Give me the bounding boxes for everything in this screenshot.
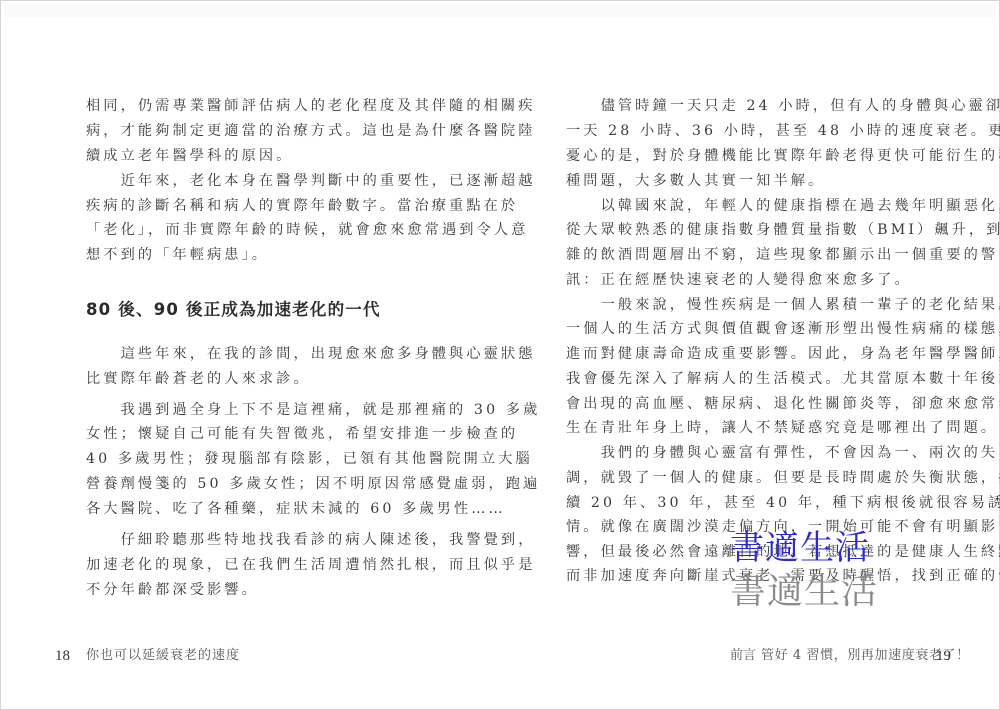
watermark-blue: 書適生活 xyxy=(730,528,870,568)
page-number-right: 19 xyxy=(936,648,951,664)
body-line: 一般來說，慢性疾病是一個人累積一輩子的老化結果。 xyxy=(566,296,1000,314)
page-number-left: 18 xyxy=(55,648,70,664)
watermark-gray: 書適生活 xyxy=(730,572,878,612)
left-page: 相同，仍需專業醫師評估病人的老化程度及其伴隨的相關疾 病，才能夠制定更適當的治療… xyxy=(0,0,500,710)
body-line: 種問題，大多數人其實一知半解。 xyxy=(566,172,825,190)
body-line: 一個人的生活方式與價值觀會逐漸形塑出慢性病痛的樣態， xyxy=(566,320,1000,338)
body-line: 雜的飲酒問題層出不窮，這些現象都顯示出一個重要的警 xyxy=(566,246,998,264)
body-line: 我們的身體與心靈富有彈性，不會因為一、兩次的失 xyxy=(566,444,998,462)
body-line: 生在青壯年身上時，讓人不禁疑惑究竟是哪裡出了問題。 xyxy=(566,419,998,437)
body-line: 加速老化的現象，已在我們生活周遭悄然扎根，而且似乎是 xyxy=(86,556,535,574)
body-line: 相同，仍需專業醫師評估病人的老化程度及其伴隨的相關疾 xyxy=(86,97,535,115)
body-line: 各大醫院、吃了各種藥，症狀未減的 60 多歲男性…… xyxy=(86,500,506,518)
section-heading: 80 後、90 後正成為加速老化的一代 xyxy=(86,300,381,320)
body-line: 40 多歲男性；發現腦部有陰影，已領有其他醫院開立大腦 xyxy=(86,450,533,468)
body-line: 續 20 年、30 年，甚至 40 年，種下病根後就很容易誘發病 xyxy=(566,494,1000,512)
body-line: 我遇到過全身上下不是這裡痛，就是那裡痛的 30 多歲 xyxy=(86,401,540,419)
body-line: 這些年來，在我的診間，出現愈來愈多身體與心靈狀態 xyxy=(86,345,535,363)
body-line: 病，才能夠制定更適當的治療方式。這也是為什麼各醫院陸 xyxy=(86,122,535,140)
body-line: 儘管時鐘一天只走 24 小時，但有人的身體與心靈卻以 xyxy=(566,97,1000,115)
running-footer-chapter: 前言 xyxy=(730,648,756,664)
body-line: 「老化」，而非實際年齡的時候，就會愈來愈常遇到令人意 xyxy=(86,221,528,239)
body-line: 進而對健康壽命造成重要影響。因此，身為老年醫學醫師， xyxy=(566,345,1000,363)
body-line: 訊：正在經歷快速衰老的人變得愈來愈多了。 xyxy=(566,271,912,289)
body-line: 會出現的高血壓、糖尿病、退化性關節炎等，卻愈來愈常發 xyxy=(566,395,1000,413)
body-line: 以韓國來說，年輕人的健康指標在過去幾年明顯惡化， xyxy=(566,197,1000,215)
body-line: 一天 28 小時、36 小時，甚至 48 小時的速度衰老。更令人 xyxy=(566,122,1000,140)
body-line: 營養劑慢箋的 50 多歲女性；因不明原因常感覺虛弱，跑遍 xyxy=(86,475,540,493)
body-line: 調，就毀了一個人的健康。但要是長時間處於失衡狀態，持 xyxy=(566,469,1000,487)
body-line: 續成立老年醫學科的原因。 xyxy=(86,147,293,165)
body-line: 想不到的「年輕病患」。 xyxy=(86,246,269,264)
body-line: 比實際年齡蒼老的人來求診。 xyxy=(86,370,311,388)
body-line: 我會優先深入了解病人的生活模式。尤其當原本數十年後才 xyxy=(566,370,1000,388)
body-line: 近年來，老化本身在醫學判斷中的重要性，已逐漸超越 xyxy=(86,172,535,190)
body-line: 不分年齡都深受影響。 xyxy=(86,581,259,599)
running-footer-book-title: 你也可以延緩衰老的速度 xyxy=(86,648,240,664)
body-line: 疾病的診斷名稱和病人的實際年齡數字。當治療重點在於 xyxy=(86,197,518,215)
body-line: 女性；懷疑自己可能有失智徵兆，希望安排進一步檢查的 xyxy=(86,425,518,443)
body-line: 從大眾較熟悉的健康指數身體質量指數（BMI）飆升，到複 xyxy=(566,221,1000,239)
body-line: 仔細聆聽那些特地找我看診的病人陳述後，我警覺到， xyxy=(86,531,535,549)
body-line: 憂心的是，對於身體機能比實際年齡老得更快可能衍生的種 xyxy=(566,147,1000,165)
